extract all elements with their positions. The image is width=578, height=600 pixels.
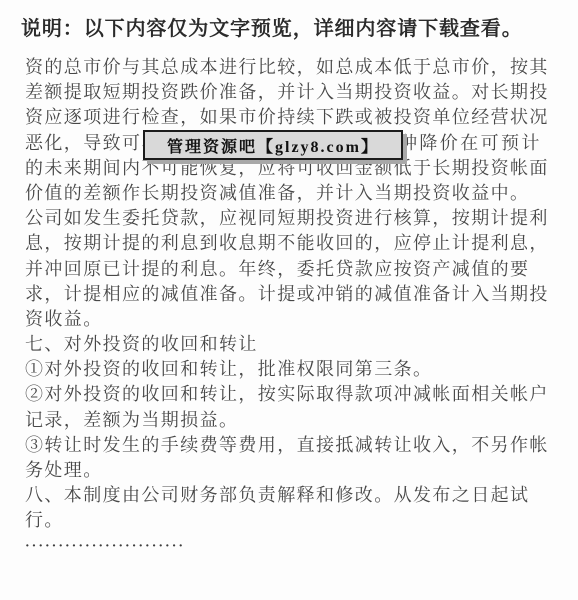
document-preview-page: 说明：以下内容仅为文字预览，详细内容请下载查看。 资的总市价与其总成本进行比较，… xyxy=(0,0,578,600)
watermark-box[interactable]: 管理资源吧【glzy8.com】 xyxy=(143,130,403,160)
text-line: 价值的差额作长期投资减值准备，并计入当期投资收益中。 xyxy=(25,181,560,206)
text-line: 并冲回原已计提的利息。年终，委托贷款应按资产减值的要 xyxy=(25,257,560,282)
section-heading-8: 八、本制度由公司财务部负责解释和修改。从发布之日起试 xyxy=(25,483,560,508)
text-line: ③转让时发生的手续费等费用，直接抵减转让收入，不另作帐 xyxy=(25,433,560,458)
text-line: 求，计提相应的减值准备。计提或冲销的减值准备计入当期投 xyxy=(25,282,560,307)
text-line: 行。 xyxy=(25,508,560,533)
text-line: ②对外投资的收回和转让，按实际取得款项冲减帐面相关帐户 xyxy=(25,382,560,407)
dotted-line: ························ xyxy=(25,534,560,559)
watermark-label: 管理资源吧【glzy8.com】 xyxy=(167,134,379,157)
text-line: 资收益。 xyxy=(25,307,560,332)
text-fragment-right: 种降价在可预计 xyxy=(399,131,542,156)
section-heading-7: 七、对外投资的收回和转让 xyxy=(25,332,560,357)
text-line: 息，按期计提的利息到收息期不能收回的，应停止计提利息， xyxy=(25,231,560,256)
preview-notice: 说明：以下内容仅为文字预览，详细内容请下载查看。 xyxy=(21,12,523,41)
text-line: 资应逐项进行检查，如果市价持续下跌或被投资单位经营状况 xyxy=(25,105,560,130)
text-line: 记录，差额为当期损益。 xyxy=(25,408,560,433)
text-line: 差额提取短期投资跌价准备，并计入当期投资收益。对长期投 xyxy=(25,80,560,105)
text-line: 资的总市价与其总成本进行比较，如总成本低于总市价，按其 xyxy=(25,55,560,80)
text-line: 务处理。 xyxy=(25,458,560,483)
text-line: 公司如发生委托贷款，应视同短期投资进行核算，按期计提利 xyxy=(25,206,560,231)
text-fragment-left: 恶化，导致可收 xyxy=(25,133,161,153)
text-line: ①对外投资的收回和转让，批准权限同第三条。 xyxy=(25,357,560,382)
